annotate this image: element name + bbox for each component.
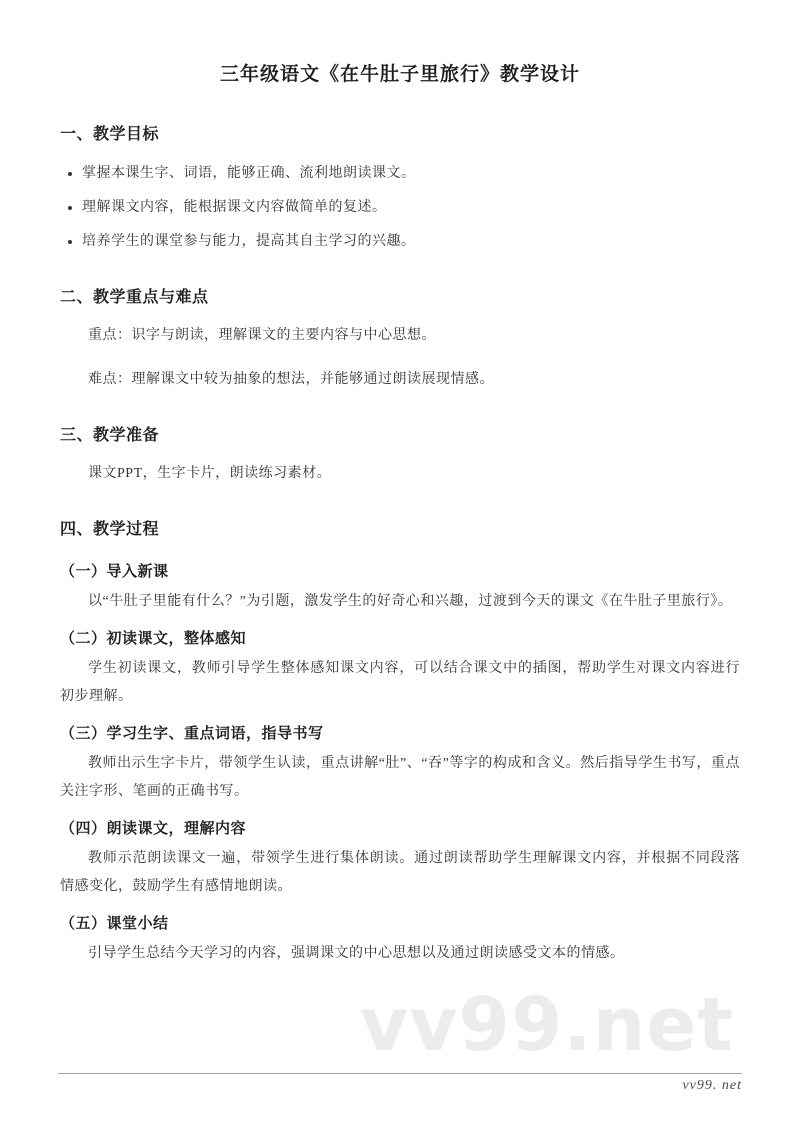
list-item: 理解课文内容，能根据课文内容做简单的复述。 — [82, 198, 740, 217]
subsection-heading-reading-aloud: （四）朗读课文，理解内容 — [60, 818, 740, 839]
difficulty-line: 难点：理解课文中较为抽象的想法，并能够通过朗读展现情感。 — [60, 370, 740, 389]
list-item: 培养学生的课堂参与能力，提高其自主学习的兴趣。 — [82, 232, 740, 251]
subsection-paragraph: 教师示范朗读课文一遍，带领学生进行集体朗读。通过朗读帮助学生理解课文内容，并根据… — [60, 845, 740, 901]
footer-site-label: vv99. net — [682, 1078, 742, 1094]
objectives-list: 掌握本课生字、词语，能够正确、流利地朗读课文。 理解课文内容，能根据课文内容做简… — [60, 164, 740, 251]
list-item: 掌握本课生字、词语，能够正确、流利地朗读课文。 — [82, 164, 740, 183]
subsection-heading-intro: （一）导入新课 — [60, 561, 740, 582]
section-heading-objectives: 一、教学目标 — [60, 124, 740, 146]
page-title: 三年级语文《在牛肚子里旅行》教学设计 — [60, 62, 740, 88]
subsection-paragraph: 教师出示生字卡片，带领学生认读，重点讲解“肚”、“吞”等字的构成和含义。然后指导… — [60, 750, 740, 806]
footer-divider — [58, 1073, 742, 1074]
subsection-heading-characters: （三）学习生字、重点词语，指导书写 — [60, 723, 740, 744]
section-heading-key-points: 二、教学重点与难点 — [60, 287, 740, 309]
key-point-line: 重点：识字与朗读，理解课文的主要内容与中心思想。 — [60, 326, 740, 345]
section-heading-preparation: 三、教学准备 — [60, 425, 740, 447]
section-heading-process: 四、教学过程 — [60, 519, 740, 541]
document-page: vv99.net 三年级语文《在牛肚子里旅行》教学设计 一、教学目标 掌握本课生… — [0, 0, 800, 1130]
preparation-line: 课文PPT，生字卡片，朗读练习素材。 — [60, 464, 740, 483]
subsection-paragraph: 引导学生总结今天学习的内容，强调课文的中心思想以及通过朗读感受文本的情感。 — [60, 940, 740, 968]
subsection-heading-first-reading: （二）初读课文，整体感知 — [60, 628, 740, 649]
subsection-heading-summary: （五）课堂小结 — [60, 913, 740, 934]
watermark-text: vv99.net — [360, 982, 734, 1068]
subsection-paragraph: 学生初读课文，教师引导学生整体感知课文内容，可以结合课文中的插图，帮助学生对课文… — [60, 655, 740, 711]
subsection-paragraph: 以“牛肚子里能有什么？”为引题，激发学生的好奇心和兴趣，过渡到今天的课文《在牛肚… — [60, 588, 740, 616]
document-content: 三年级语文《在牛肚子里旅行》教学设计 一、教学目标 掌握本课生字、词语，能够正确… — [0, 0, 800, 968]
